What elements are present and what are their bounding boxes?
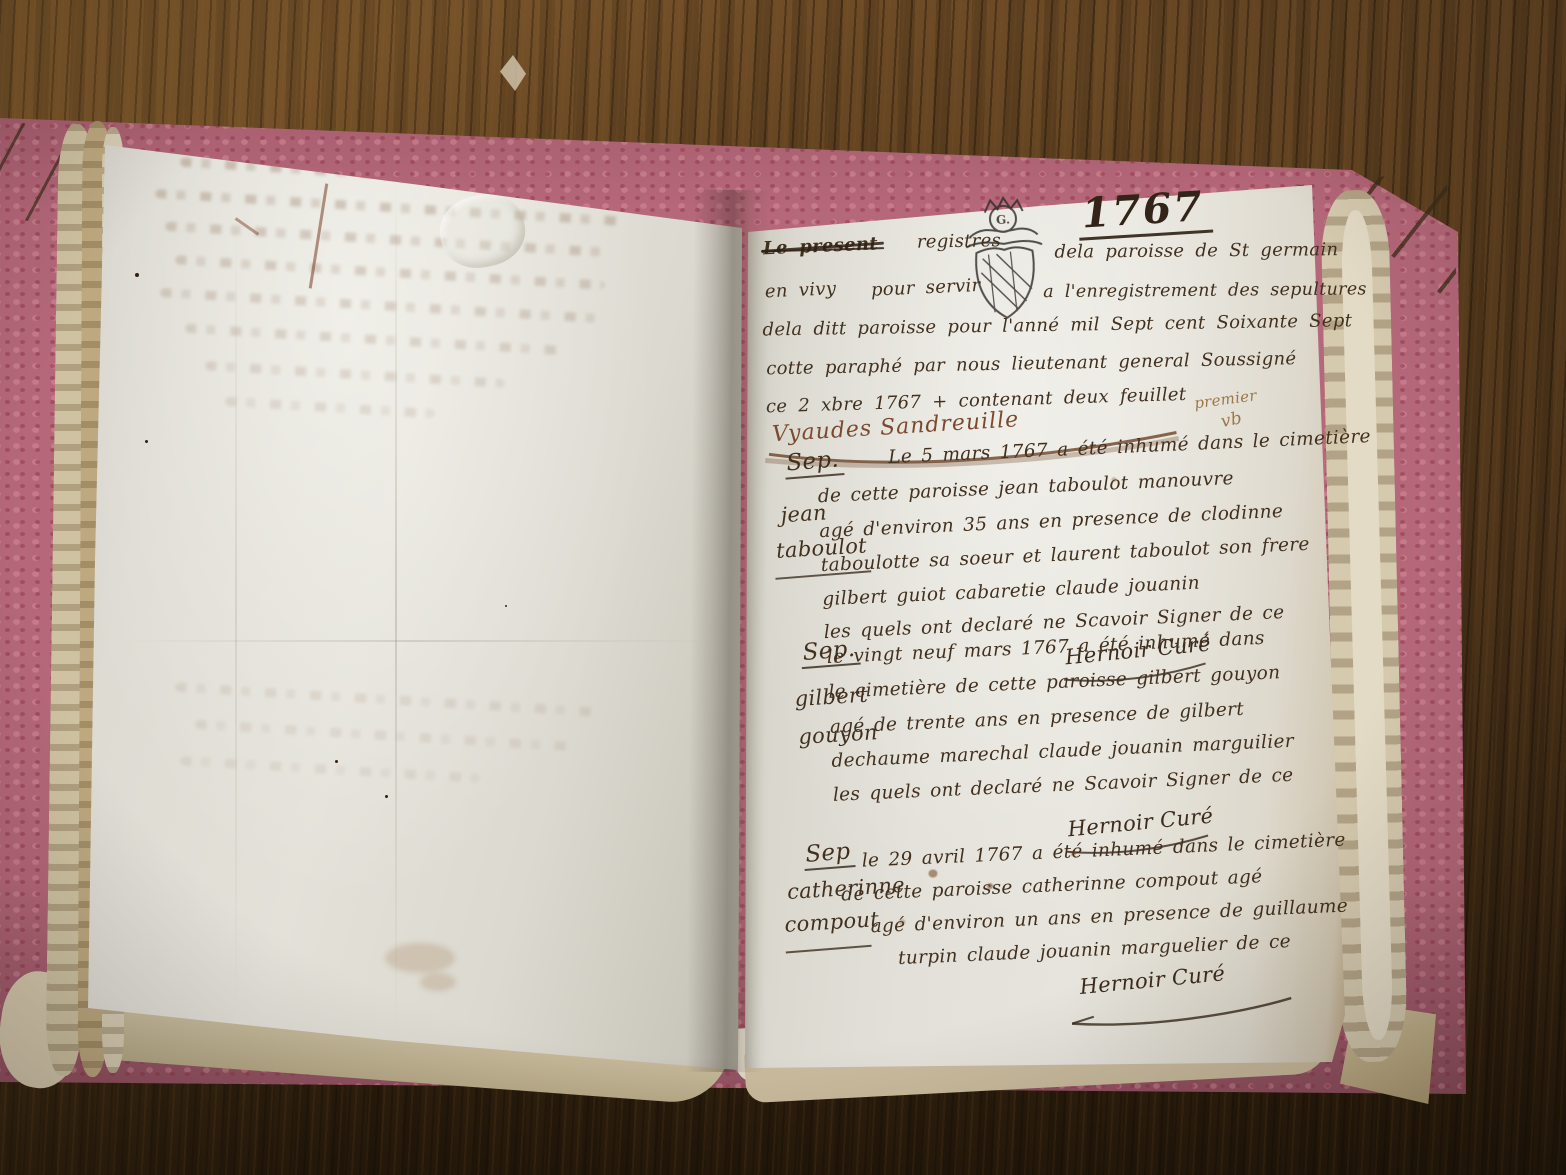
ink-bleedthrough-line bbox=[175, 255, 605, 289]
right-page-content: G. 1767 Le present registres dela parois… bbox=[748, 199, 1386, 1104]
ink-bleedthrough-line bbox=[180, 756, 480, 783]
header-line: cotte paraphé par nous lieutenant genera… bbox=[766, 348, 1297, 379]
premier-note: premier bbox=[1193, 386, 1258, 412]
margin-note-name: compout bbox=[784, 907, 880, 937]
entry-line: agé d'environ 35 ans en presence de clod… bbox=[819, 501, 1284, 542]
cure-signature: Hernoir Curé bbox=[1079, 961, 1227, 999]
entry-line: turpin claude jouanin marguelier de ce bbox=[898, 931, 1292, 969]
margin-note-sepulture: Sep bbox=[802, 838, 855, 871]
entry-line: taboulotte sa soeur et laurent taboulot … bbox=[820, 534, 1310, 576]
paper-stain bbox=[385, 943, 455, 973]
header-line-segment: en vivy bbox=[764, 278, 836, 302]
ink-bleedthrough-line bbox=[175, 683, 595, 717]
ink-bleedthrough-line bbox=[195, 720, 575, 752]
header-line-segment: dela paroisse de St germain bbox=[1054, 239, 1338, 262]
photo-old-parish-register: G. 1767 Le present registres dela parois… bbox=[0, 0, 1566, 1175]
entry-line: le cimetière de cette paroisse gilbert g… bbox=[828, 662, 1281, 703]
entry-line: les quels ont declaré ne Scavoir Signer … bbox=[833, 765, 1294, 806]
ink-bleedthrough-line bbox=[185, 324, 565, 356]
header-line-segment: registres bbox=[917, 230, 1002, 252]
entry-line: de cette paroisse jean taboulot manouvre bbox=[817, 468, 1234, 507]
entry-line: gilbert guiot cabaretie claude jouanin bbox=[822, 573, 1200, 610]
margin-note-sepulture: Sep. bbox=[783, 446, 844, 480]
paper-stain bbox=[928, 869, 937, 877]
ink-bleedthrough-line bbox=[165, 222, 615, 258]
ink-speck bbox=[135, 273, 139, 277]
page-crease-horizontal bbox=[115, 640, 715, 642]
crossed-out-text: Le present bbox=[763, 233, 879, 259]
ink-bleedthrough-line bbox=[160, 288, 600, 323]
ink-speck bbox=[505, 605, 507, 607]
left-blank-page bbox=[85, 135, 745, 1075]
paper-stain bbox=[420, 973, 456, 991]
premier-paraph: vb bbox=[1219, 408, 1244, 432]
ink-bleedthrough-line bbox=[205, 361, 505, 388]
embossed-stamp-impression bbox=[433, 187, 531, 275]
header-line: dela ditt paroisse pour l'anné mil Sept … bbox=[762, 310, 1352, 340]
year-heading: 1767 bbox=[1076, 182, 1213, 241]
ink-speck bbox=[335, 760, 338, 763]
entry-line: agé de trente ans en presence de gilbert bbox=[830, 699, 1245, 738]
ink-bleedthrough-line bbox=[225, 397, 435, 418]
entry-line: de cette paroisse catherinne compout agé bbox=[841, 866, 1263, 905]
header-line-segment: a l'enregistrement des sepultures bbox=[1043, 279, 1367, 302]
stamp-letter: G. bbox=[996, 213, 1011, 228]
entry-line: dechaume marechal claude jouanin marguil… bbox=[831, 731, 1294, 772]
cure-signature-flourish-large bbox=[1065, 994, 1296, 1032]
ink-speck bbox=[145, 440, 148, 443]
margin-underline bbox=[786, 945, 872, 954]
ink-speck bbox=[385, 795, 388, 798]
